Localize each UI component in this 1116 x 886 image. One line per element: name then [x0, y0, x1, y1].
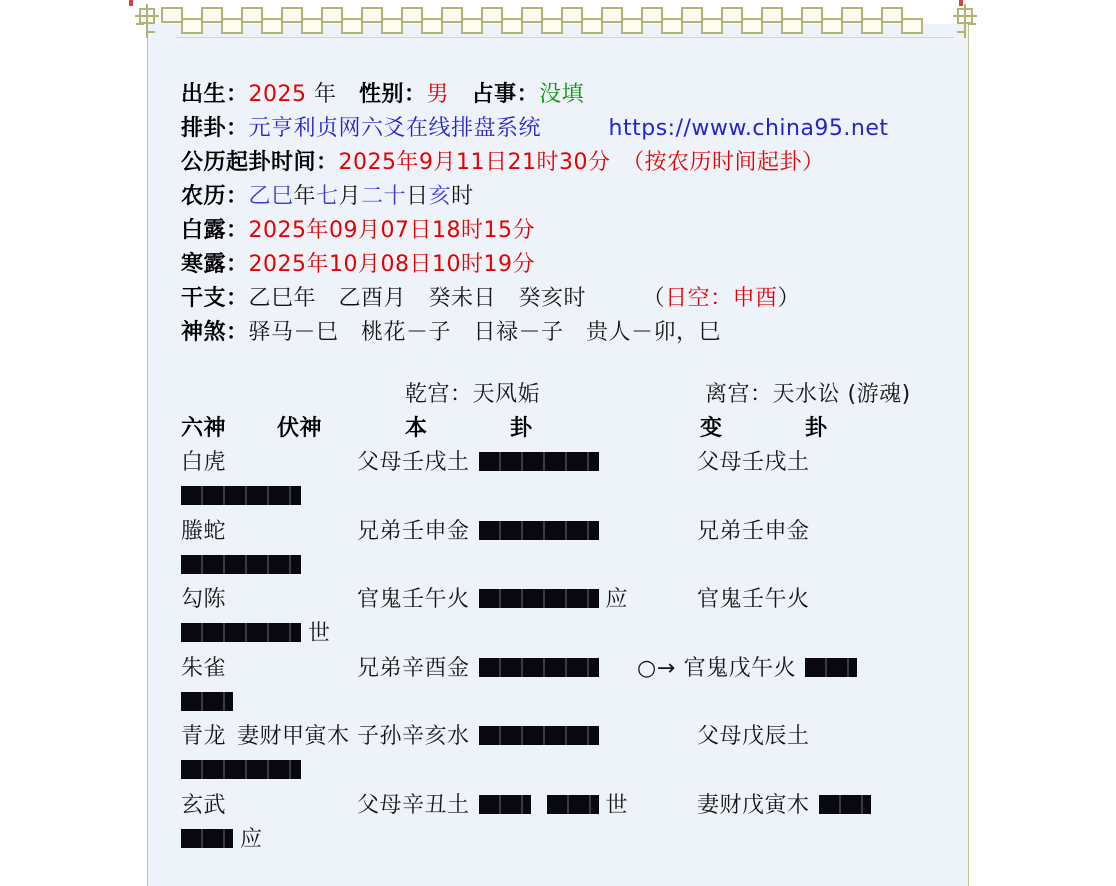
- moving-line-arrow: ○→: [637, 656, 676, 681]
- meander-border-pattern: [161, 7, 953, 37]
- yao-bar: [181, 829, 233, 848]
- ben-yao-text: 父母壬戌土: [357, 450, 470, 475]
- meander-square: [821, 18, 843, 34]
- liushen-label: 白虎: [181, 446, 226, 480]
- meander-square: [841, 7, 863, 23]
- hexagram-wrapped-line: [181, 686, 956, 720]
- meander-square: [441, 7, 463, 23]
- meander-square: [161, 7, 183, 23]
- rikong-value: 日空：申酉: [665, 286, 778, 311]
- meander-square: [861, 18, 883, 34]
- month-unit: 月: [339, 184, 362, 209]
- site-url-link[interactable]: https://www.china95.net: [609, 116, 889, 141]
- meander-square: [601, 7, 623, 23]
- bian-yao-text: 父母壬戌土: [697, 450, 810, 475]
- meander-square: [421, 18, 443, 34]
- ben-yao-text: 兄弟壬申金: [357, 519, 470, 544]
- lunar-hour-value: 亥: [429, 184, 452, 209]
- liushen-label: 玄武: [181, 789, 226, 823]
- yao-bar: [479, 589, 599, 608]
- spacer: [541, 116, 609, 141]
- col-header-fushen: 伏神: [277, 412, 322, 446]
- hexagram-main-line: 白虎父母壬戌土父母壬戌土: [181, 446, 956, 480]
- bian-yao: 父母戊辰土: [697, 720, 810, 754]
- yao-bar: [181, 623, 301, 642]
- liushen-label: 青龙: [181, 720, 226, 754]
- spacer: [586, 286, 654, 311]
- hexagram-row: 螣蛇兄弟壬申金兄弟壬申金: [181, 515, 956, 584]
- meander-square: [761, 7, 783, 23]
- info-line: 白露：2025年09月07日18时15分: [181, 214, 956, 248]
- info-line: 出生：2025 年 性别：男 占事：没填: [181, 78, 956, 112]
- paren-close: ）: [778, 286, 801, 311]
- hexagram-wrapped-line: 世: [181, 617, 956, 651]
- shensha-value: 驿马－巳 桃花－子 日禄－子 贵人－卯，巳: [249, 320, 722, 345]
- page: { "colors": { "red": "#e60000", "green":…: [0, 0, 1116, 886]
- ben-yao: 父母壬戌土: [357, 446, 599, 480]
- meander-square: [221, 18, 243, 34]
- hexagram-wrapped-line: [181, 549, 956, 583]
- bian-yao-text: 官鬼壬午火: [697, 587, 810, 612]
- hour-unit: 时: [451, 184, 474, 209]
- meander-square: [901, 18, 923, 34]
- hexagram-main-line: 青龙妻财甲寅木子孙辛亥水父母戊辰土: [181, 720, 956, 754]
- chart-content: 出生：2025 年 性别：男 占事：没填排卦：元亨利贞网六爻在线排盘系统 htt…: [181, 78, 956, 857]
- hexagram-main-line: 玄武父母辛丑土世妻财戊寅木: [181, 789, 956, 823]
- col-header-bian-gua: 卦: [805, 412, 828, 446]
- gender-value: 男: [427, 82, 450, 107]
- ben-yao: 兄弟壬申金: [357, 515, 599, 549]
- inner-top-divider: [176, 37, 954, 38]
- inquiry-label: 占事：: [472, 82, 540, 107]
- meander-square: [701, 18, 723, 34]
- hanlu-label: 寒露：: [181, 252, 249, 277]
- ben-yao-text: 子孙辛亥水: [357, 724, 470, 749]
- bian-yao-text: 父母戊辰土: [697, 724, 810, 749]
- meander-square: [501, 18, 523, 34]
- spacer: [449, 82, 472, 107]
- shiying-mark: 应: [240, 827, 263, 852]
- corner-ornament-left: [132, 2, 162, 42]
- lunar-basis-note: （按农历时间起卦）: [633, 150, 825, 175]
- paren-open: （: [654, 286, 666, 311]
- meander-square: [541, 18, 563, 34]
- yao-bar: [805, 658, 857, 677]
- meander-square: [641, 7, 663, 23]
- year-unit: 年: [307, 82, 337, 107]
- col-header-liushen: 六神: [181, 412, 226, 446]
- liushen-label: 螣蛇: [181, 515, 226, 549]
- meander-square: [781, 18, 803, 34]
- ben-yao: 官鬼壬午火应: [357, 583, 628, 617]
- hexagram-row: 玄武父母辛丑土世妻财戊寅木应: [181, 789, 956, 858]
- bian-palace-title: 离宫：天水讼 (游魂): [705, 378, 911, 412]
- meander-square: [721, 7, 743, 23]
- meander-square: [381, 18, 403, 34]
- ben-yao-text: 父母辛丑土: [357, 793, 470, 818]
- meander-square: [521, 7, 543, 23]
- yao-bar: [479, 658, 599, 677]
- bailu-label: 白露：: [181, 218, 249, 243]
- solar-time-label: 公历起卦时间：: [181, 150, 339, 175]
- meander-square: [201, 7, 223, 23]
- col-header-bian: 变: [700, 412, 723, 446]
- meander-square: [581, 18, 603, 34]
- fushen-label: 妻财甲寅木: [237, 720, 350, 754]
- ben-palace-title: 乾宫：天风姤: [405, 378, 540, 412]
- bian-yao: 兄弟壬申金: [697, 515, 810, 549]
- hexagram-main-line: 朱雀兄弟辛酉金○→官鬼戊午火: [181, 652, 956, 686]
- meander-square: [801, 7, 823, 23]
- meander-square: [321, 7, 343, 23]
- lunar-year-ganzhi: 乙巳: [249, 184, 294, 209]
- birth-label: 出生：: [181, 82, 249, 107]
- gender-label: 性别：: [359, 82, 427, 107]
- hexagram-main-line: 勾陈官鬼壬午火应官鬼壬午火: [181, 583, 956, 617]
- meander-square: [741, 18, 763, 34]
- hexagram-wrapped-line: 应: [181, 823, 956, 857]
- meander-square: [401, 7, 423, 23]
- shiying-mark: 世: [606, 793, 629, 818]
- paipan-system-link[interactable]: 元亨利贞网六爻在线排盘系统: [249, 116, 542, 141]
- bian-yao: 父母壬戌土: [697, 446, 810, 480]
- liushen-label: 勾陈: [181, 583, 226, 617]
- ben-yao: 兄弟辛酉金: [357, 652, 599, 686]
- yao-bar: [547, 795, 599, 814]
- hexagram-main-line: 螣蛇兄弟壬申金兄弟壬申金: [181, 515, 956, 549]
- info-line: 公历起卦时间：2025年9月11日21时30分 （按农历时间起卦）: [181, 146, 956, 180]
- col-header-ben: 本: [405, 412, 428, 446]
- bian-yao-text: 兄弟壬申金: [697, 519, 810, 544]
- yao-bar: [819, 795, 871, 814]
- liushen-label: 朱雀: [181, 652, 226, 686]
- yao-bar: [479, 795, 531, 814]
- info-line: 农历：乙巳年七月二十日亥时: [181, 180, 956, 214]
- shiying-mark: 应: [606, 587, 629, 612]
- column-header-line: 六神 伏神 本 卦 变 卦: [181, 412, 956, 446]
- yao-bar: [181, 555, 301, 574]
- bian-yao: ○→官鬼戊午火: [637, 652, 857, 686]
- hexagram-wrapped-line: [181, 754, 956, 788]
- shiying-mark: 世: [308, 621, 331, 646]
- meander-square: [341, 18, 363, 34]
- lunar-day-value: 二十: [361, 184, 406, 209]
- solar-datetime-value: 2025年9月11日21时30分: [339, 150, 611, 175]
- ben-yao: 子孙辛亥水: [357, 720, 599, 754]
- ben-yao-text: 官鬼壬午火: [357, 587, 470, 612]
- bian-yao: 妻财戊寅木: [697, 789, 871, 823]
- year-unit: 年: [294, 184, 317, 209]
- meander-square: [481, 7, 503, 23]
- meander-square: [241, 7, 263, 23]
- bian-yao-text: 妻财戊寅木: [697, 793, 810, 818]
- shensha-label: 神煞：: [181, 320, 249, 345]
- meander-square: [361, 7, 383, 23]
- spacer: [610, 150, 633, 175]
- hanlu-datetime-value: 2025年10月08日10时19分: [249, 252, 535, 277]
- meander-square: [681, 7, 703, 23]
- info-line: 神煞：驿马－巳 桃花－子 日禄－子 贵人－卯，巳: [181, 316, 956, 350]
- col-header-ben-gua: 卦: [510, 412, 533, 446]
- info-line: 寒露：2025年10月08日10时19分: [181, 248, 956, 282]
- yao-bar: [181, 486, 301, 505]
- spacer: [337, 82, 360, 107]
- palace-title-line: 乾宫：天风姤 离宫：天水讼 (游魂): [181, 378, 956, 412]
- info-line: 干支：乙巳年 乙酉月 癸未日 癸亥时 （日空：申酉）: [181, 282, 956, 316]
- paipan-label: 排卦：: [181, 116, 249, 141]
- hexagram-row: 勾陈官鬼壬午火应官鬼壬午火世: [181, 583, 956, 652]
- meander-square: [561, 7, 583, 23]
- ben-yao: 父母辛丑土世: [357, 789, 628, 823]
- ben-yao-text: 兄弟辛酉金: [357, 656, 470, 681]
- hexagram-row: 白虎父母壬戌土父母壬戌土: [181, 446, 956, 515]
- bailu-datetime-value: 2025年09月07日18时15分: [249, 218, 535, 243]
- lunar-month-value: 七: [316, 184, 339, 209]
- meander-square: [881, 7, 903, 23]
- hexagram-row: 朱雀兄弟辛酉金○→官鬼戊午火: [181, 652, 956, 721]
- birth-year-value: 2025: [249, 82, 307, 107]
- meander-square: [621, 18, 643, 34]
- meander-square: [181, 18, 203, 34]
- info-lines: 出生：2025 年 性别：男 占事：没填排卦：元亨利贞网六爻在线排盘系统 htt…: [181, 78, 956, 350]
- ganzhi-label: 干支：: [181, 286, 249, 311]
- hexagram-row: 青龙妻财甲寅木子孙辛亥水父母戊辰土: [181, 720, 956, 789]
- yao-bar: [479, 452, 599, 471]
- hexagram-rows: 白虎父母壬戌土父母壬戌土螣蛇兄弟壬申金兄弟壬申金勾陈官鬼壬午火应官鬼壬午火世朱雀…: [181, 446, 956, 857]
- meander-square: [281, 7, 303, 23]
- corner-ornament-right: [950, 2, 980, 42]
- info-line: 排卦：元亨利贞网六爻在线排盘系统 https://www.china95.net: [181, 112, 956, 146]
- hexagram-wrapped-line: [181, 480, 956, 514]
- ganzhi-value: 乙巳年 乙酉月 癸未日 癸亥时: [249, 286, 587, 311]
- lunar-label: 农历：: [181, 184, 249, 209]
- yao-bar: [181, 692, 233, 711]
- inquiry-value: 没填: [539, 82, 584, 107]
- yao-bar: [181, 760, 301, 779]
- yao-bar: [479, 726, 599, 745]
- meander-square: [261, 18, 283, 34]
- day-unit: 日: [406, 184, 429, 209]
- meander-square: [461, 18, 483, 34]
- bian-yao-text: 官鬼戊午火: [684, 656, 797, 681]
- meander-square: [301, 18, 323, 34]
- bian-yao: 官鬼壬午火: [697, 583, 810, 617]
- meander-square: [661, 18, 683, 34]
- yao-bar: [479, 521, 599, 540]
